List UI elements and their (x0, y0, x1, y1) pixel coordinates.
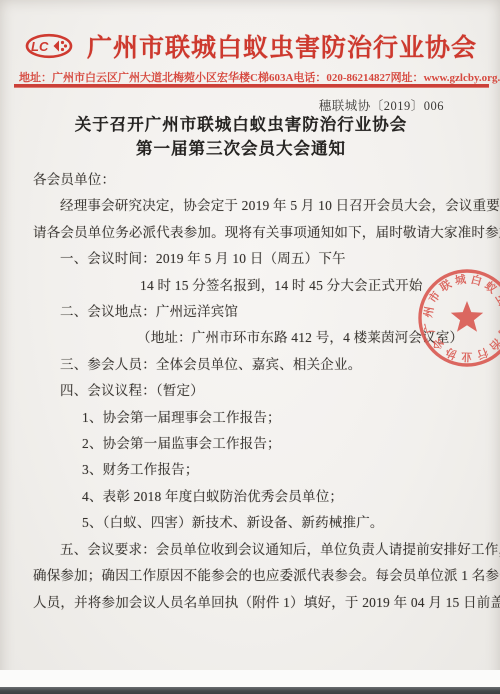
agenda-item: 3、财务工作报告； (33, 457, 477, 483)
website-value: www.gzlcby.org.cn (424, 72, 500, 84)
phone-segment: 电话：020-86214827 (293, 69, 390, 85)
requirements-line: 人员，并将参加会议人员名单回执（附件 1）填好，于 2019 年 04 月 15… (33, 590, 477, 616)
address-value: 广州市白云区广州大道北梅菀小区宏华楼C梯603A (52, 72, 293, 84)
requirements-line: 确保参加；确因工作原因不能参会的也应委派代表参会。每会员单位派 1 名参会 (33, 563, 477, 589)
agenda-heading-line: 四、会议议程：（暂定） (33, 378, 477, 404)
letterhead: LC 广州市联城白蚁虫害防治行业协会 (22, 30, 486, 62)
letterhead-divider (14, 84, 489, 88)
contact-line: 地址：广州市白云区广州大道北梅菀小区宏华楼C梯603A 电话：020-86214… (19, 69, 483, 85)
agenda-item: 2、协会第一届监事会工作报告； (33, 431, 477, 457)
notice-title-line2: 第一届第三次会员大会通知 (10, 137, 472, 161)
website-segment: 网址：www.gzlcby.org.cn (391, 69, 500, 85)
intro-line: 经理事会研究决定，协会定于 2019 年 5 月 10 日召开会员大会，会议重要… (33, 193, 477, 219)
photo-edge (0, 687, 500, 694)
scanned-notice-page: LC 广州市联城白蚁虫害防治行业协会 地址：广州市白云区广州大道北梅菀小区宏华楼… (0, 0, 500, 694)
seal-star-icon (451, 301, 483, 332)
agenda-item: 4、表彰 2018 年度白蚁防治优秀会员单位； (33, 484, 477, 510)
meeting-time-line: 一、会议时间：2019 年 5 月 10 日（周五）下午 (33, 246, 477, 272)
meeting-time-detail: 14 时 15 分签名报到，14 时 45 分大会正式开始 (33, 273, 477, 299)
termite-icon (54, 41, 68, 52)
logo-lc-text: LC (31, 39, 49, 54)
agenda-item: 1、协会第一届理事会工作报告； (33, 405, 477, 431)
agenda-item: 5、（白蚁、四害）新技术、新设备、新药械推广。 (33, 510, 477, 536)
notice-title: 关于召开广州市联城白蚁虫害防治行业协会 第一届第三次会员大会通知 (10, 113, 472, 161)
paper-bottom-margin (0, 670, 500, 687)
association-seal-stamp: 广州市联城白蚁虫害防治行业协会 (415, 256, 500, 386)
notice-title-line1: 关于召开广州市联城白蚁虫害防治行业协会 (10, 113, 472, 137)
website-label: 网址： (391, 72, 424, 84)
document-number: 穗联城协〔2019〕006 (319, 96, 444, 114)
salutation: 各会员单位： (33, 167, 477, 193)
address-label: 地址： (19, 72, 52, 84)
requirements-line: 五、会议要求：会员单位收到会议通知后，单位负责人请提前安排好工作， (33, 537, 477, 563)
meeting-place-detail: （地址：广州市环市东路 412 号，4 楼莱茵河会议室） (33, 325, 477, 351)
notice-body: 各会员单位： 经理事会研究决定，协会定于 2019 年 5 月 10 日召开会员… (33, 167, 477, 616)
meeting-place-line: 二、会议地点：广州远洋宾馆 (33, 299, 477, 325)
address-segment: 地址：广州市白云区广州大道北梅菀小区宏华楼C梯603A (19, 69, 293, 85)
phone-value: 020-86214827 (326, 72, 390, 84)
attendees-line: 三、参会人员：全体会员单位、嘉宾、相关企业。 (33, 352, 477, 378)
intro-line: 请各会员单位务必派代表参加。现将有关事项通知如下，届时敬请大家准时参加。 (33, 220, 477, 246)
phone-label: 电话： (293, 72, 326, 84)
org-name: 广州市联城白蚁虫害防治行业协会 (78, 28, 486, 64)
association-logo: LC (22, 31, 78, 61)
